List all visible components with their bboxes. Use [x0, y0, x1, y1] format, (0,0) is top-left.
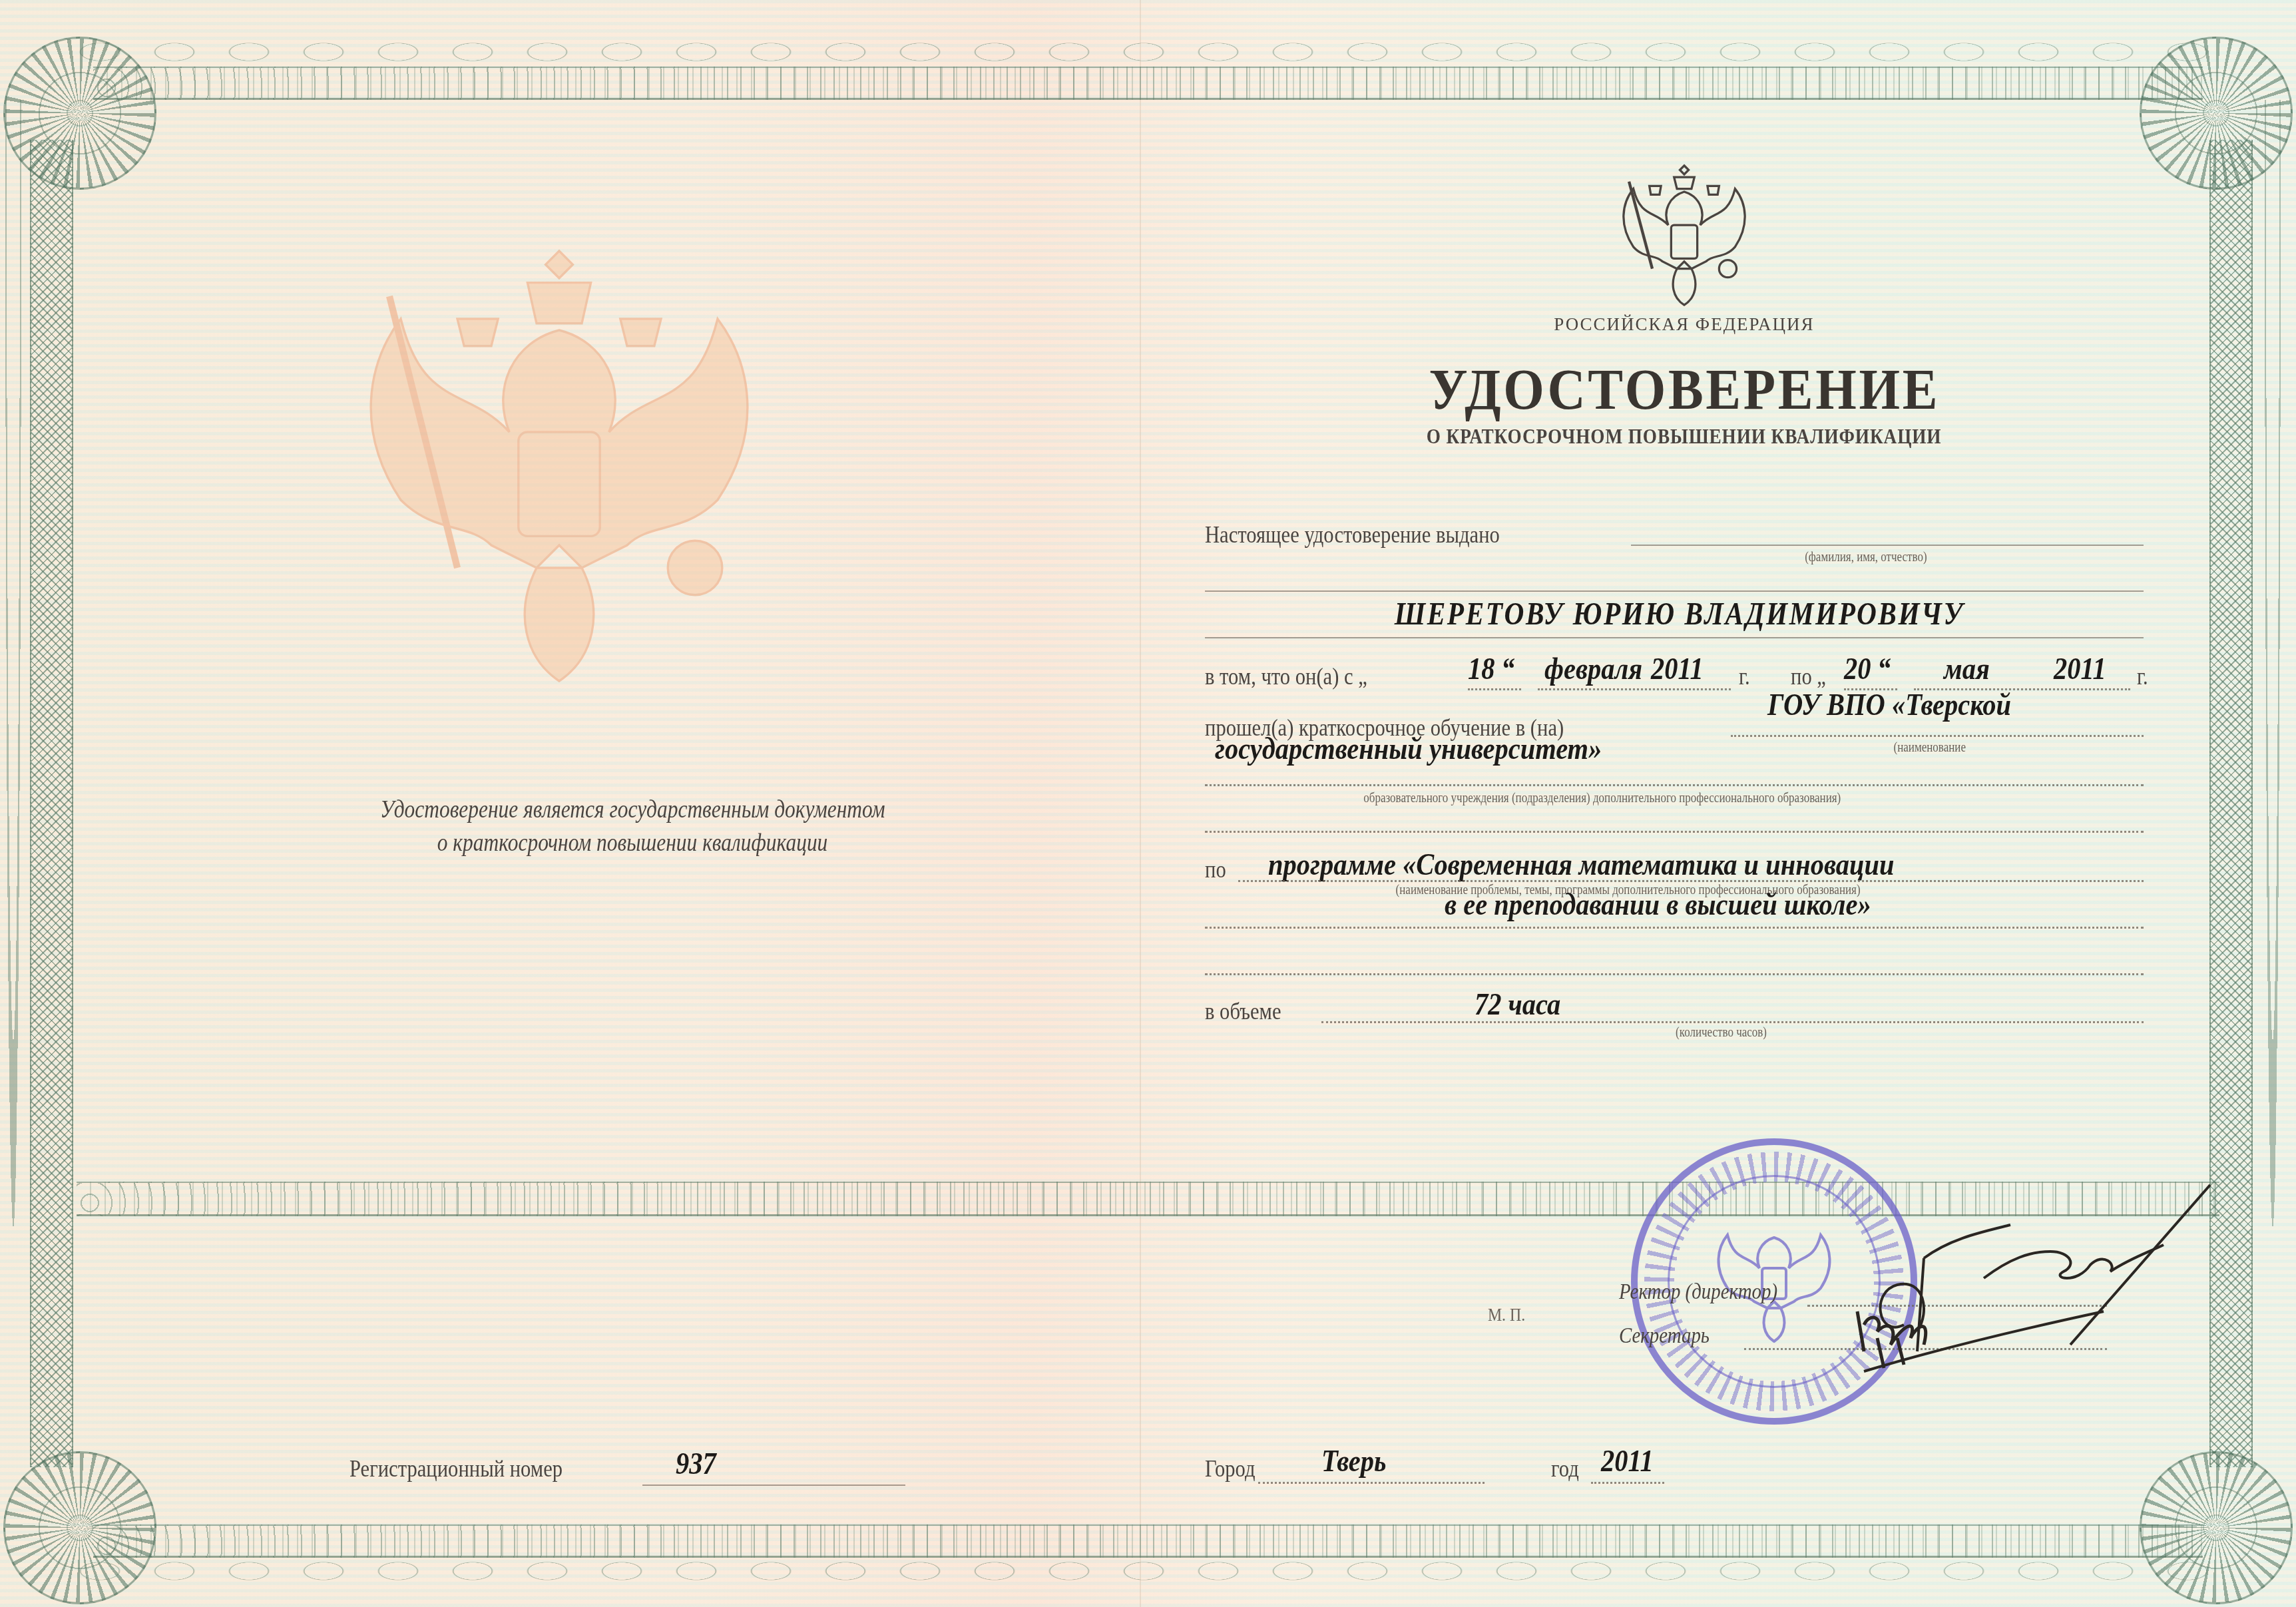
institution-line3-dots	[1205, 831, 2144, 833]
institution-line2: государственный университет»	[1215, 731, 1655, 766]
start-day-line	[1468, 688, 1521, 690]
registration-number: 937	[676, 1446, 722, 1481]
start-month-line	[1538, 688, 1731, 690]
volume-hint: (количество часов)	[1668, 1025, 1775, 1040]
year-value: 2011	[1601, 1443, 1660, 1479]
volume-line	[1321, 1021, 2144, 1023]
institution-line1: ГОУ ВПО «Тверской	[1767, 687, 2044, 722]
name-line-top	[1205, 590, 2144, 592]
left-outer-border	[3, 100, 23, 1507]
institution-line2-dots	[1205, 784, 2144, 786]
page-fold	[1140, 0, 1141, 1607]
bottom-border-band	[93, 1524, 2203, 1558]
city-value: Тверь	[1321, 1443, 1395, 1479]
corner-rosette-bottom-right	[2140, 1451, 2293, 1604]
program-label: по	[1205, 855, 1230, 883]
city-line	[1258, 1482, 1485, 1484]
coat-of-arms-icon	[1611, 160, 1757, 320]
end-month: мая	[1944, 651, 1996, 686]
institution-line-dots	[1731, 735, 2144, 737]
right-outer-border	[2263, 100, 2283, 1507]
left-note-line2: о краткосрочном повышении квалификации	[233, 829, 1032, 857]
period-prefix: в том, что он(а) с „	[1205, 662, 1396, 690]
g-label-1: г.	[1739, 662, 1752, 690]
top-wave-border	[73, 39, 2223, 65]
volume-label: в объеме	[1205, 997, 1295, 1025]
coat-of-arms-watermark-icon	[333, 226, 786, 706]
institution-hint1: (наименование	[1887, 740, 1972, 756]
city-label: Город	[1205, 1455, 1264, 1483]
volume-value: 72 часа	[1475, 987, 1572, 1022]
issued-line	[1631, 545, 2144, 546]
secretary-signature-icon	[1851, 1298, 1951, 1371]
bottom-wave-border	[73, 1558, 2223, 1584]
g-label-2: г.	[2137, 662, 2150, 690]
corner-rosette-top-right	[2140, 37, 2293, 190]
to-label: по „	[1791, 662, 1832, 690]
start-quote: “	[1501, 651, 1516, 686]
document-subtitle: О КРАТКОСРОЧНОМ ПОВЫШЕНИИ КВАЛИФИКАЦИИ	[1265, 425, 2104, 449]
top-border-band	[93, 67, 2203, 100]
document-title: УДОСТОВЕРЕНИЕ	[1265, 356, 2104, 423]
name-hint: (фамилия, имя, отчество)	[1794, 550, 1938, 565]
name-line-bottom	[1205, 637, 2144, 638]
secretary-label: Секретарь	[1619, 1323, 1725, 1349]
end-year: 2011	[2054, 651, 2113, 686]
corner-rosette-bottom-left	[3, 1451, 156, 1604]
year-label: год	[1551, 1455, 1584, 1483]
issued-label: Настоящее удостоверение выдано	[1205, 521, 1552, 549]
country-name: РОССИЙСКАЯ ФЕДЕРАЦИЯ	[1265, 314, 2104, 335]
start-month: февраля	[1544, 651, 1656, 686]
start-day: 18	[1468, 651, 1498, 686]
end-day: 20	[1844, 651, 1875, 686]
recipient-name: ШЕРЕТОВУ ЮРИЮ ВЛАДИМИРОВИЧУ	[1348, 596, 2011, 632]
program-line2-dots	[1205, 927, 2144, 929]
institution-hint2: образовательного учреждения (подразделен…	[1321, 791, 1883, 806]
registration-line	[642, 1485, 905, 1486]
end-quote: “	[1877, 651, 1893, 686]
left-inner-border	[30, 140, 73, 1467]
rector-label: Ректор (директор)	[1619, 1279, 1805, 1305]
left-note-line1: Удостоверение является государственным д…	[233, 796, 1032, 824]
program-line1: программе «Современная математика и инно…	[1268, 847, 1980, 882]
program-line2: в ее преподавании в высшей школе»	[1445, 887, 1929, 922]
program-line1-dots	[1238, 880, 2144, 882]
start-year: 2011	[1651, 651, 1710, 686]
year-line	[1591, 1482, 1664, 1484]
registration-label: Регистрационный номер	[349, 1455, 600, 1483]
program-line3-dots	[1205, 973, 2144, 975]
seal-place-label: М. П.	[1485, 1305, 1528, 1326]
corner-rosette-top-left	[3, 37, 156, 190]
